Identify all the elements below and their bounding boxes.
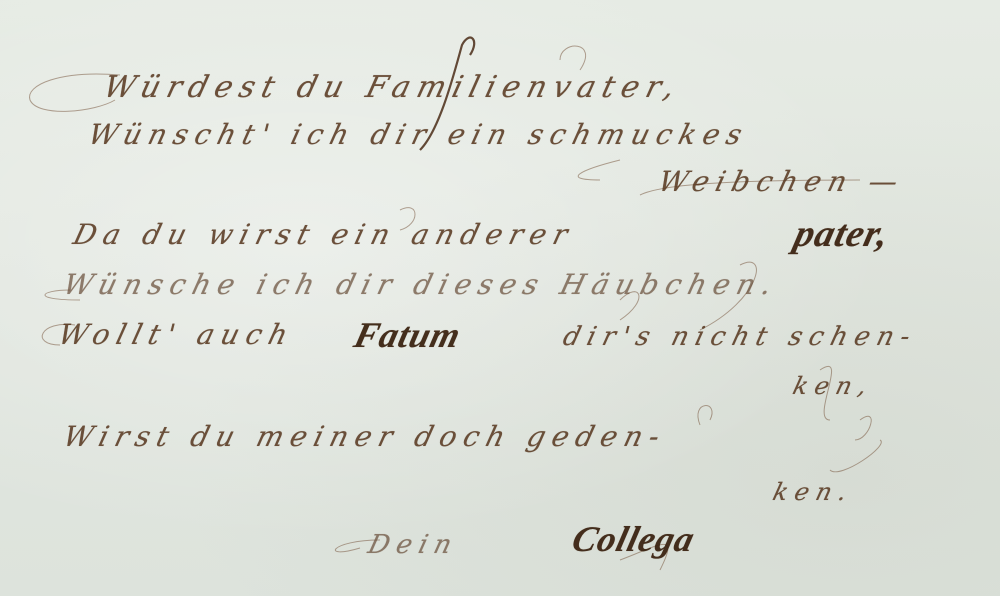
verse-line-2-continuation: Weibchen — [655,165,908,198]
verse-line-6-continuation: ken. [770,478,857,506]
latin-word-pater: pater, [790,212,895,256]
verse-line-2: Wünscht' ich dir ein schmuckes [85,118,752,151]
verse-line-5-continuation: ken, [790,372,877,400]
closing-salutation: Dein [365,530,462,560]
verse-line-3: Da du wirst ein anderer [70,218,578,251]
verse-line-5: Wollt' auch [55,318,298,351]
verse-line-1: Würdest du Familienvater, [100,70,685,105]
closing-signature: Collega [568,518,699,560]
verse-line-4: Wünsche ich dir dieses Häubchen. [60,268,782,301]
verse-line-5-after: dir's nicht schen- [560,322,920,352]
latin-word-fatum: Fatum [350,314,466,356]
verse-line-6: Wirst du meiner doch geden- [60,420,670,453]
